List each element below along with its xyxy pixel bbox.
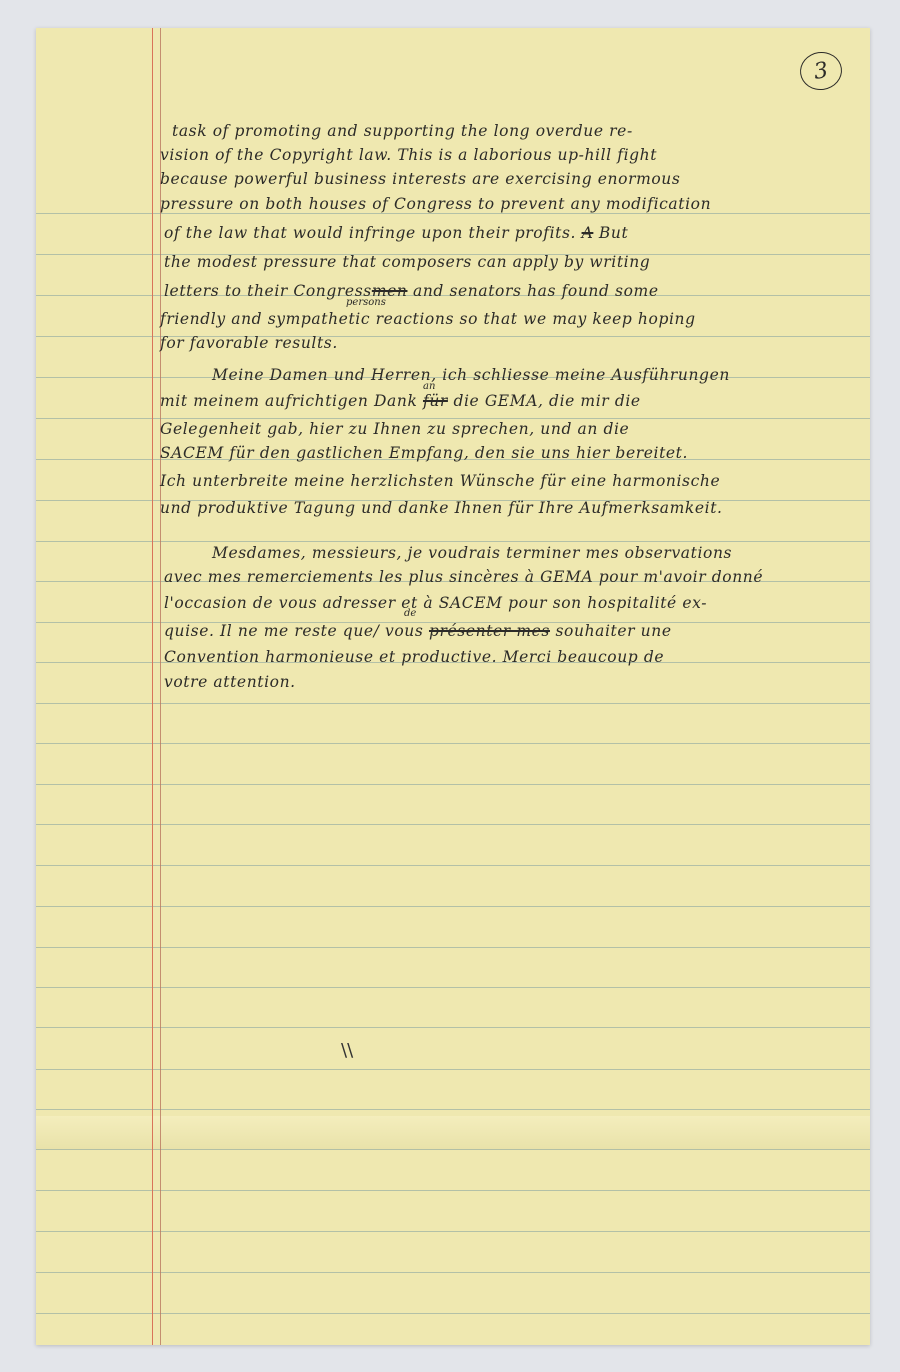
insertion-text: persons bbox=[346, 297, 386, 308]
text-line: pressure on both houses of Congress to p… bbox=[160, 195, 711, 213]
text-line: Gelegenheit gab, hier zu Ihnen zu sprech… bbox=[160, 420, 629, 438]
rule-line bbox=[36, 1313, 870, 1314]
fold-crease bbox=[36, 1116, 870, 1150]
rule-line bbox=[36, 1069, 870, 1070]
text-line: Convention harmonieuse et productive. Me… bbox=[164, 648, 664, 666]
rule-line bbox=[36, 987, 870, 988]
rule-line bbox=[36, 1231, 870, 1232]
rule-line bbox=[36, 1149, 870, 1150]
rule-line bbox=[36, 1109, 870, 1110]
rule-line bbox=[36, 865, 870, 866]
text-line: mit meinem aufrichtigen Dank für die GEM… bbox=[160, 392, 641, 410]
rule-line bbox=[36, 1190, 870, 1191]
rule-line bbox=[36, 541, 870, 542]
rule-line bbox=[36, 703, 870, 704]
rule-line bbox=[36, 1272, 870, 1273]
text-line: Meine Damen und Herren, ich schliesse me… bbox=[212, 366, 730, 384]
page-number-text: 3 bbox=[812, 58, 829, 85]
text-line: votre attention. bbox=[164, 673, 296, 691]
text-line: avec mes remerciements les plus sincères… bbox=[164, 568, 763, 586]
strikethrough-text: présenter mes bbox=[429, 622, 550, 640]
text-line: task of promoting and supporting the lon… bbox=[172, 122, 633, 140]
strikethrough-text: A bbox=[582, 224, 594, 242]
text-line: of the law that would infringe upon thei… bbox=[164, 224, 628, 242]
text-line: friendly and sympathetic reactions so th… bbox=[160, 310, 696, 328]
text-line: the modest pressure that composers can a… bbox=[164, 253, 650, 271]
rule-line bbox=[36, 418, 870, 419]
text-line: Ich unterbreite meine herzlichsten Wünsc… bbox=[160, 472, 720, 490]
text-line: SACEM für den gastlichen Empfang, den si… bbox=[160, 444, 688, 462]
rule-line bbox=[36, 906, 870, 907]
text-line: quise. Il ne me reste que/ vous présente… bbox=[164, 622, 672, 640]
margin-line bbox=[160, 28, 161, 1345]
margin-line bbox=[152, 28, 153, 1345]
stray-pen-mark: \\ bbox=[341, 1040, 353, 1061]
strikethrough-text: für bbox=[423, 392, 448, 410]
rule-line bbox=[36, 947, 870, 948]
text-line: letters to their Congressmen and senator… bbox=[164, 282, 659, 300]
text-line: und produktive Tagung und danke Ihnen fü… bbox=[160, 499, 723, 517]
text-line: because powerful business interests are … bbox=[160, 170, 680, 188]
text-line: for favorable results. bbox=[160, 334, 338, 352]
text-line: l'occasion de vous adresser et à SACEM p… bbox=[164, 594, 707, 612]
rule-line bbox=[36, 213, 870, 214]
text-line: Mesdames, messieurs, je voudrais termine… bbox=[212, 544, 732, 562]
rule-line bbox=[36, 784, 870, 785]
text-line: vision of the Copyright law. This is a l… bbox=[160, 146, 657, 164]
rule-line bbox=[36, 824, 870, 825]
rule-line bbox=[36, 1027, 870, 1028]
insertion-text: de bbox=[404, 608, 416, 619]
rule-line bbox=[36, 743, 870, 744]
insertion-text: an bbox=[423, 381, 435, 392]
